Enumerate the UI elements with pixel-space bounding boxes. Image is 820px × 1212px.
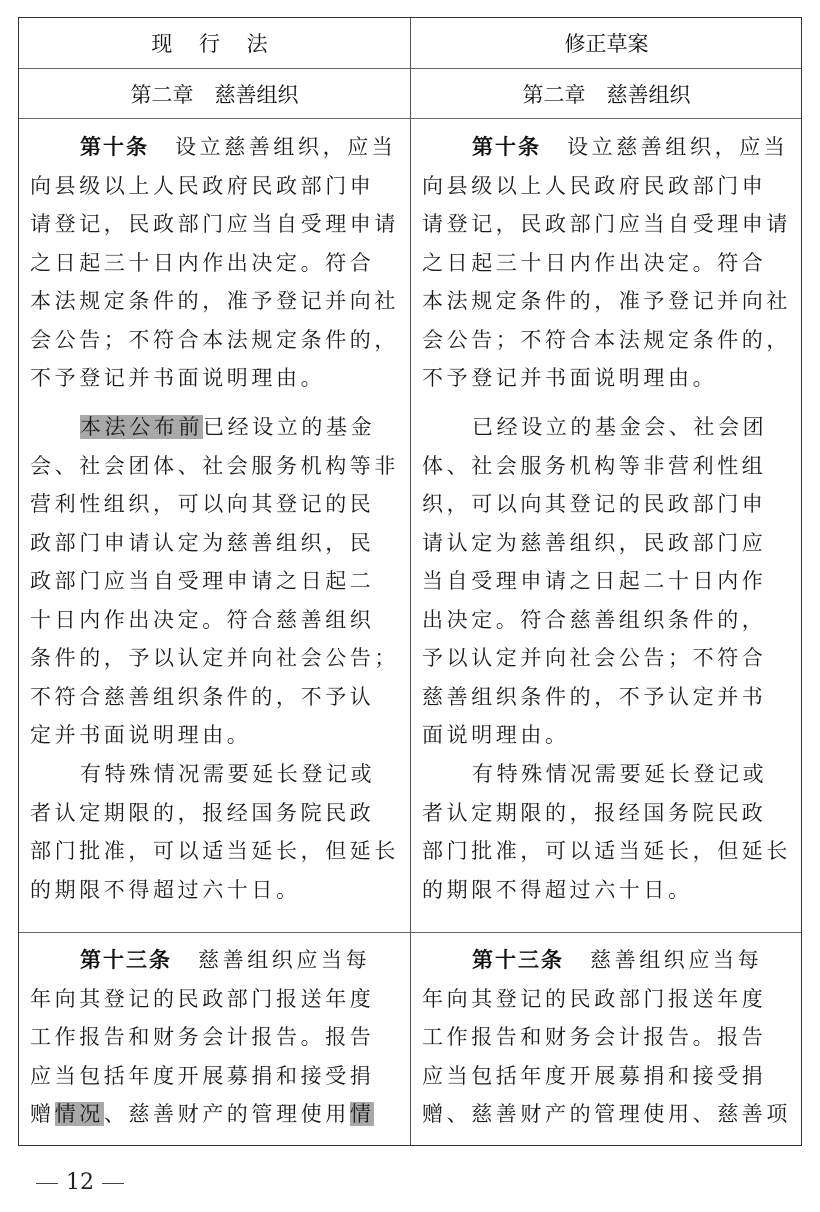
deleted-text-highlight: 本法公布前 xyxy=(80,415,203,439)
page-number: 12 xyxy=(28,1170,132,1195)
right-article-10-paragraph-2: 已经设立的基金会、社会团 体、社会服务机构等非营利性组 织，可以向其登记的民政部… xyxy=(422,408,794,755)
text-line: 之日起三十日内作出决定。符合 xyxy=(30,244,402,283)
text-line: 请认定为慈善组织，民政部门应 xyxy=(422,524,794,563)
article-first-line: 第十三条慈善组织应当每 xyxy=(422,941,794,980)
text-line: 予以认定并向社会公告；不符合 xyxy=(422,639,794,678)
text-line: 应当包括年度开展募捐和接受捐 xyxy=(30,1057,402,1096)
column-header-current-law: 现 行 法 xyxy=(19,18,410,68)
column-divider xyxy=(410,18,411,1145)
left-article-10-paragraph-2: 本法公布前已经设立的基金 会、社会团体、社会服务机构等非 营利性组织，可以向其登… xyxy=(30,408,402,755)
deleted-text-highlight: 情 xyxy=(350,1102,375,1126)
article-label: 第十条 xyxy=(80,135,149,159)
row-divider xyxy=(19,932,801,933)
dash-right xyxy=(102,1183,124,1184)
text-line: 的期限不得超过六十日。 xyxy=(30,871,402,910)
text-line: 会公告；不符合本法规定条件的， xyxy=(30,321,402,360)
text-span: 慈善组织应当每 xyxy=(198,948,370,972)
comparison-table: 现 行 法 修正草案 第二章 慈善组织 第二章 慈善组织 第十条设立慈善组织，应… xyxy=(18,17,802,1146)
chapter-heading-left: 第二章 慈善组织 xyxy=(19,69,410,119)
left-article-10-paragraph-3: 有特殊情况需要延长登记或 者认定期限的，报经国务院民政 部门批准，可以适当延长，… xyxy=(30,755,402,909)
text-line: 已经设立的基金会、社会团 xyxy=(422,408,794,447)
text-line: 者认定期限的，报经国务院民政 xyxy=(30,794,402,833)
text-line: 体、社会服务机构等非营利性组 xyxy=(422,447,794,486)
text-line: 政部门应当自受理申请之日起二 xyxy=(30,562,402,601)
text-line: 之日起三十日内作出决定。符合 xyxy=(422,244,794,283)
column-header-label: 现 行 法 xyxy=(151,28,277,58)
text-span: 慈善组织应当每 xyxy=(590,948,762,972)
text-line: 本法规定条件的，准予登记并向社 xyxy=(30,282,402,321)
text-line: 有特殊情况需要延长登记或 xyxy=(30,755,402,794)
article-first-line: 第十三条慈善组织应当每 xyxy=(30,941,402,980)
text-line: 不符合慈善组织条件的，不予认 xyxy=(30,678,402,717)
text-line: 年向其登记的民政部门报送年度 xyxy=(30,980,402,1019)
text-span: 已经设立的基金 xyxy=(203,415,375,439)
text-line: 有特殊情况需要延长登记或 xyxy=(422,755,794,794)
text-line: 面说明理由。 xyxy=(422,716,794,755)
text-line: 定并书面说明理由。 xyxy=(30,716,402,755)
text-line: 会、社会团体、社会服务机构等非 xyxy=(30,447,402,486)
text-line: 请登记，民政部门应当自受理申请 xyxy=(30,205,402,244)
chapter-heading-right: 第二章 慈善组织 xyxy=(411,69,802,119)
article-label: 第十条 xyxy=(472,135,541,159)
text-line: 应当包括年度开展募捐和接受捐 xyxy=(422,1057,794,1096)
text-span: 、慈善财产的管理使用 xyxy=(104,1102,350,1126)
text-line: 请登记，民政部门应当自受理申请 xyxy=(422,205,794,244)
text-line: 的期限不得超过六十日。 xyxy=(422,871,794,910)
text-line: 本法公布前已经设立的基金 xyxy=(30,408,402,447)
text-line: 工作报告和财务会计报告。报告 xyxy=(422,1018,794,1057)
article-label: 第十三条 xyxy=(472,948,564,972)
dash-left xyxy=(36,1183,58,1184)
text-line: 者认定期限的，报经国务院民政 xyxy=(422,794,794,833)
deleted-text-highlight: 情况 xyxy=(55,1102,104,1126)
article-label: 第十三条 xyxy=(80,948,172,972)
column-header-draft-amendment: 修正草案 xyxy=(411,18,802,68)
text-line: 向县级以上人民政府民政部门申 xyxy=(30,167,402,206)
text-line: 部门批准，可以适当延长，但延长 xyxy=(422,832,794,871)
right-article-13: 第十三条慈善组织应当每 年向其登记的民政部门报送年度 工作报告和财务会计报告。报… xyxy=(422,941,794,1134)
text-line: 设立慈善组织，应当 xyxy=(175,135,396,159)
text-line: 向县级以上人民政府民政部门申 xyxy=(422,167,794,206)
text-line: 条件的，予以认定并向社会公告； xyxy=(30,639,402,678)
text-line: 不予登记并书面说明理由。 xyxy=(30,359,402,398)
text-line: 不予登记并书面说明理由。 xyxy=(422,359,794,398)
text-line: 会公告；不符合本法规定条件的， xyxy=(422,321,794,360)
text-line: 工作报告和财务会计报告。报告 xyxy=(30,1018,402,1057)
text-line: 营利性组织，可以向其登记的民 xyxy=(30,485,402,524)
text-line: 慈善组织条件的，不予认定并书 xyxy=(422,678,794,717)
right-article-10: 第十条设立慈善组织，应当 向县级以上人民政府民政部门申 请登记，民政部门应当自受… xyxy=(422,128,794,398)
text-line: 当自受理申请之日起二十日内作 xyxy=(422,562,794,601)
text-line: 部门批准，可以适当延长，但延长 xyxy=(30,832,402,871)
column-header-label: 修正草案 xyxy=(565,28,649,58)
text-line: 年向其登记的民政部门报送年度 xyxy=(422,980,794,1019)
page-number-value: 12 xyxy=(66,1170,94,1195)
text-line: 织，可以向其登记的民政部门申 xyxy=(422,485,794,524)
text-line: 本法规定条件的，准予登记并向社 xyxy=(422,282,794,321)
right-article-10-paragraph-3: 有特殊情况需要延长登记或 者认定期限的，报经国务院民政 部门批准，可以适当延长，… xyxy=(422,755,794,909)
text-line: 赠情况、慈善财产的管理使用情 xyxy=(30,1095,402,1134)
text-line: 出决定。符合慈善组织条件的， xyxy=(422,601,794,640)
left-article-10: 第十条设立慈善组织，应当 向县级以上人民政府民政部门申 请登记，民政部门应当自受… xyxy=(30,128,402,398)
article-first-line: 第十条设立慈善组织，应当 xyxy=(30,128,402,167)
text-span: 赠 xyxy=(30,1102,55,1126)
article-first-line: 第十条设立慈善组织，应当 xyxy=(422,128,794,167)
text-line: 政部门申请认定为慈善组织，民 xyxy=(30,524,402,563)
left-article-13: 第十三条慈善组织应当每 年向其登记的民政部门报送年度 工作报告和财务会计报告。报… xyxy=(30,941,402,1134)
text-line: 十日内作出决定。符合慈善组织 xyxy=(30,601,402,640)
text-span: 设立慈善组织，应当 xyxy=(567,135,788,159)
text-line: 赠、慈善财产的管理使用、慈善项 xyxy=(422,1095,794,1134)
